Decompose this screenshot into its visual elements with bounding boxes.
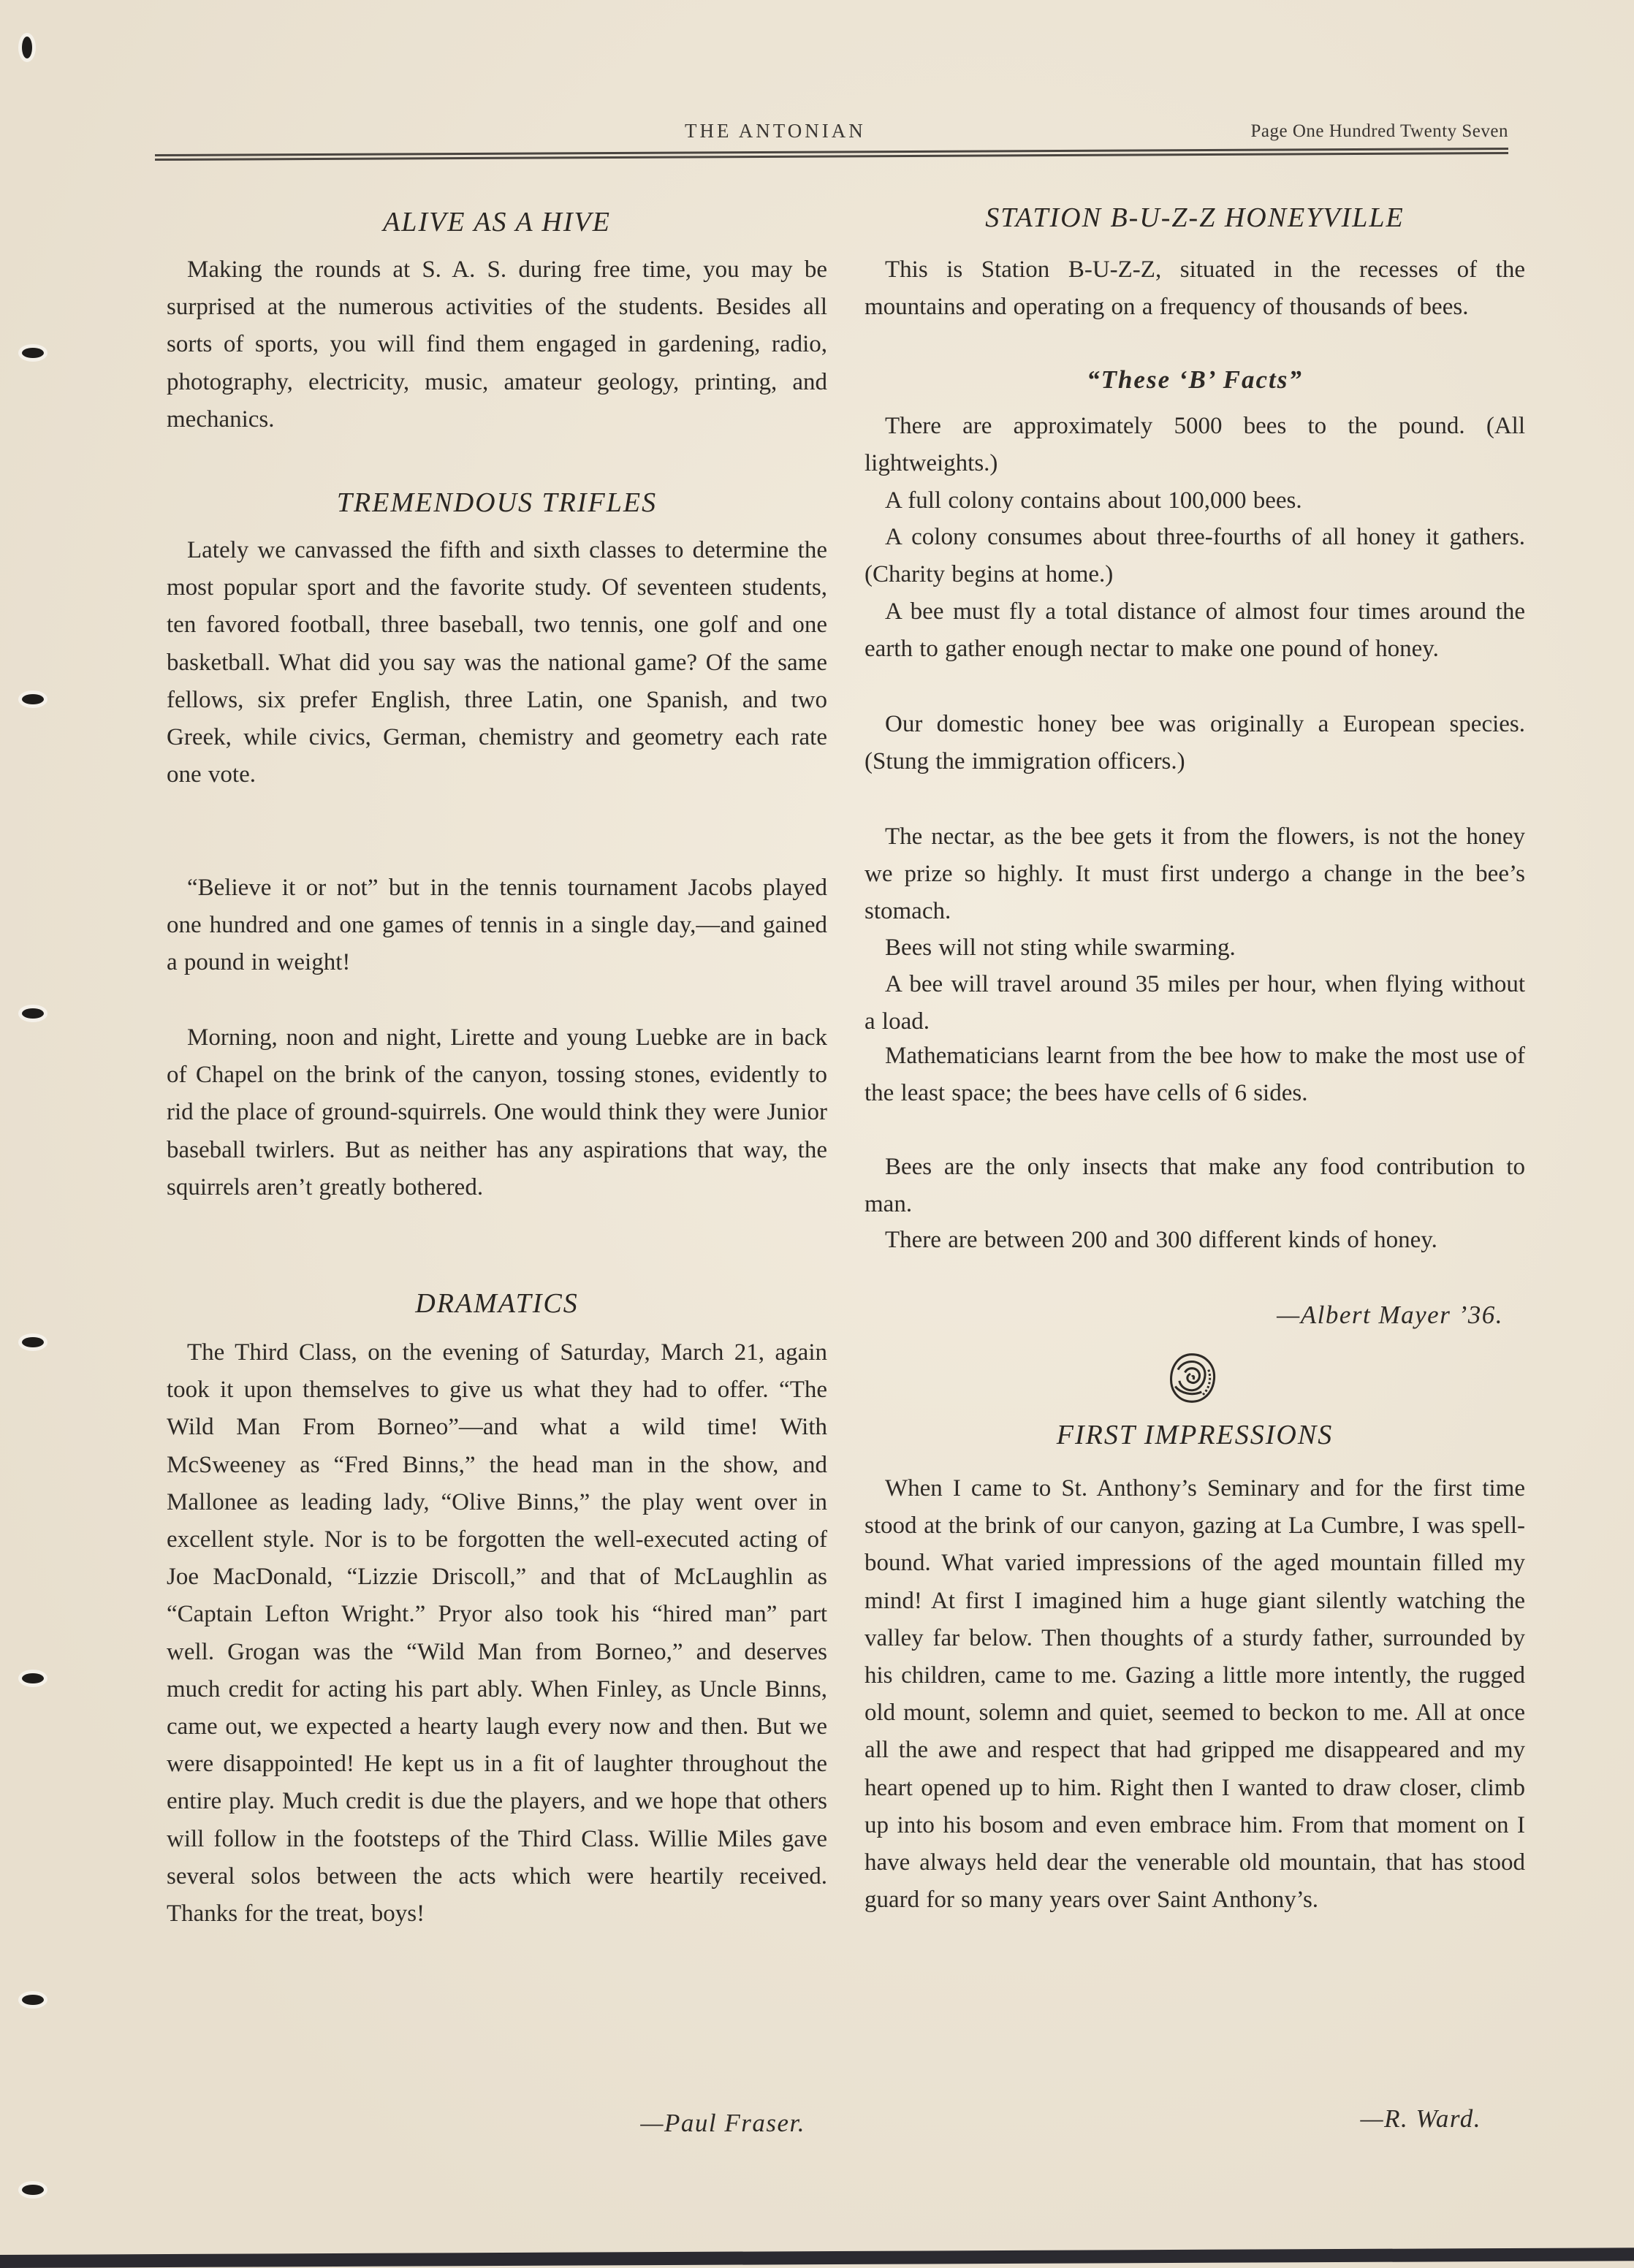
running-head: THE ANTONIAN xyxy=(685,120,866,142)
binding-hole xyxy=(22,694,44,704)
article-title: STATION B-U-Z-Z HONEYVILLE xyxy=(864,202,1525,234)
fact-item: There are approximately 5000 bees to the… xyxy=(864,408,1525,482)
page-number: Page One Hundred Twenty Seven xyxy=(1251,121,1509,142)
article-subtitle: “These ‘B’ Facts” xyxy=(864,365,1525,395)
article-paragraph: When I came to St. Anthony’s Seminary an… xyxy=(864,1470,1525,1919)
binding-hole xyxy=(22,348,44,358)
article-title: ALIVE AS A HIVE xyxy=(167,206,827,238)
article-paragraph: Making the rounds at S. A. S. during fre… xyxy=(167,251,827,438)
page-bottom-edge xyxy=(0,2248,1634,2268)
article-paragraph: The Third Class, on the evening of Satur… xyxy=(167,1334,827,1933)
fact-item: A bee will travel around 35 miles per ho… xyxy=(864,966,1525,1040)
binding-hole xyxy=(22,2185,44,2195)
fact-item: Bees will not sting while swarming. xyxy=(864,929,1525,967)
article-paragraph: This is Station B-U-Z-Z, situated in the… xyxy=(864,251,1525,326)
rose-icon xyxy=(1164,1350,1220,1406)
binding-hole xyxy=(22,1337,44,1347)
fact-item: There are between 200 and 300 different … xyxy=(864,1222,1525,1259)
binding-hole xyxy=(22,1995,44,2005)
article-signature: —R. Ward. xyxy=(1360,2104,1481,2134)
fact-item: Mathematicians learnt from the bee how t… xyxy=(864,1038,1525,1112)
article-paragraph: “Believe it or not” but in the tennis to… xyxy=(167,869,827,982)
fact-item: Bees are the only insects that make any … xyxy=(864,1149,1525,1223)
fact-item: A full colony contains about 100,000 bee… xyxy=(864,482,1525,520)
article-title: FIRST IMPRESSIONS xyxy=(864,1419,1525,1451)
article-signature: —Albert Mayer ’36. xyxy=(1277,1301,1503,1330)
fact-item: A bee must fly a total distance of almos… xyxy=(864,593,1525,668)
article-title: TREMENDOUS TRIFLES xyxy=(167,487,827,519)
header-double-rule xyxy=(155,148,1508,161)
fact-item: The nectar, as the bee gets it from the … xyxy=(864,818,1525,931)
article-title: DRAMATICS xyxy=(167,1287,827,1320)
article-paragraph: Lately we canvassed the fifth and sixth … xyxy=(167,532,827,794)
article-signature: —Paul Fraser. xyxy=(640,2109,805,2138)
binding-hole xyxy=(22,1673,44,1683)
binding-hole xyxy=(22,37,32,58)
binding-hole xyxy=(22,1008,44,1019)
fact-item: Our domestic honey bee was originally a … xyxy=(864,706,1525,780)
fact-item: A colony consumes about three-fourths of… xyxy=(864,519,1525,593)
article-paragraph: Morning, noon and night, Lirette and you… xyxy=(167,1019,827,1206)
